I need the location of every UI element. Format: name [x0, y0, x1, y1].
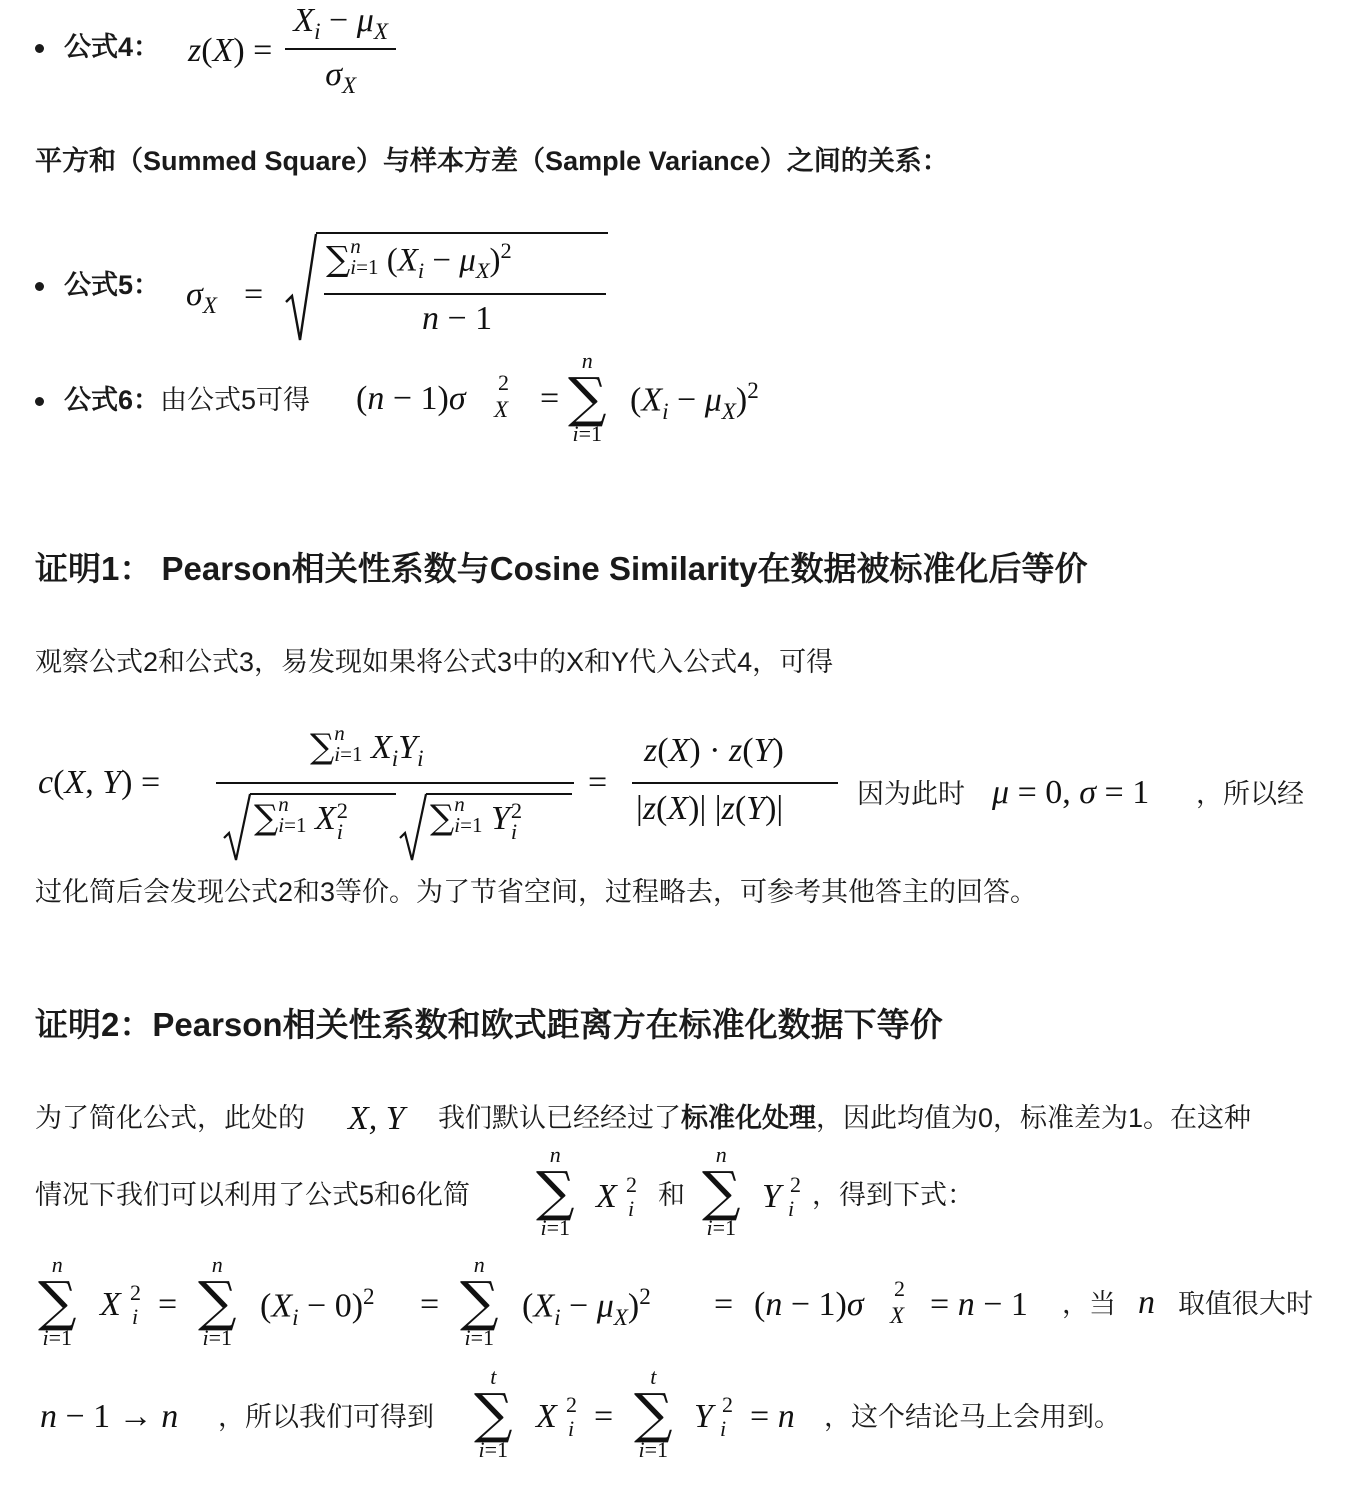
- proof-1-formula: c(X, Y) = ∑ni=1 XiYi ∑ni=1 X2i ∑ni=1 Y2i…: [38, 728, 838, 868]
- formula-6-label: 公式6：: [64, 385, 160, 415]
- proof-2-title: 证明2：Pearson相关性系数和欧式距离方在标准化数据下等价: [35, 1008, 943, 1041]
- proof-2-deriv-tail-n: n: [1138, 1286, 1155, 1320]
- proof-2-para1-c: ，因此均值为0，标准差为1。在这种: [816, 1103, 1251, 1133]
- proof-2-xy: X, Y: [348, 1102, 405, 1136]
- proof-2-para2-b: ，得到下式：: [812, 1182, 974, 1209]
- proof-2-deriv-tail-a: ，当: [1062, 1291, 1116, 1318]
- sqrt-symbol: [284, 232, 318, 346]
- list-bullet: [35, 44, 44, 53]
- proof-1-title: 证明1： Pearson相关性系数与Cosine Similarity在数据被标…: [35, 552, 1088, 585]
- proof-1-therefore: ，所以经: [1196, 781, 1304, 808]
- proof-2-para1: 为了简化公式，此处的: [35, 1105, 305, 1132]
- proof-2-and: 和: [658, 1182, 685, 1209]
- formula-6-line: 公式6：由公式5可得: [64, 387, 310, 414]
- proof-2-para2-a: 情况下我们可以利用了公式5和6化简: [35, 1182, 470, 1209]
- proof-2-limit: n − 1 → n: [40, 1400, 178, 1434]
- formula-5-label: 公式5：: [64, 272, 160, 299]
- formula-6-prefix: 由公式5可得: [160, 385, 310, 415]
- proof-2-result-tail: ，这个结论马上会用到。: [824, 1404, 1121, 1431]
- proof-2-bold-standardize: 标准化处理: [681, 1103, 816, 1133]
- proof-2-limit-tail: ，所以我们可得到: [218, 1404, 434, 1431]
- proof-1-continuation: 过化简后会发现公式2和3等价。为了节省空间，过程略去，可参考其他答主的回答。: [35, 879, 1037, 906]
- proof-2-para1-a: 为了简化公式，此处的: [35, 1103, 305, 1133]
- formula-4-math: z(X) = Xi − μX σX: [188, 4, 392, 98]
- proof-2-para1-rest: 我们默认已经经过了标准化处理，因此均值为0，标准差为1。在这种: [438, 1105, 1251, 1132]
- proof-1-because: 因为此时: [857, 781, 965, 808]
- list-bullet: [35, 282, 44, 291]
- proof-1-intro: 观察公式2和公式3，易发现如果将公式3中的X和Y代入公式4，可得: [35, 649, 833, 676]
- formula-4-label: 公式4：: [64, 34, 160, 61]
- proof-2-result: t∑i=1 X 2 i = t∑i=1 Y 2 i = n: [474, 1366, 834, 1476]
- section-heading-sumsq: 平方和（Summed Square）与样本方差（Sample Variance）…: [35, 148, 949, 175]
- list-bullet: [35, 397, 44, 406]
- proof-2-derivation: n∑i=1 X 2 i = n∑i=1 (Xi − 0)2 = n∑i=1 (X…: [38, 1254, 1078, 1364]
- proof-2-deriv-tail-b: 取值很大时: [1178, 1291, 1313, 1318]
- proof-1-condition: μ = 0, σ = 1: [992, 776, 1149, 810]
- proof-2-para1-b: 我们默认已经经过了: [438, 1103, 681, 1133]
